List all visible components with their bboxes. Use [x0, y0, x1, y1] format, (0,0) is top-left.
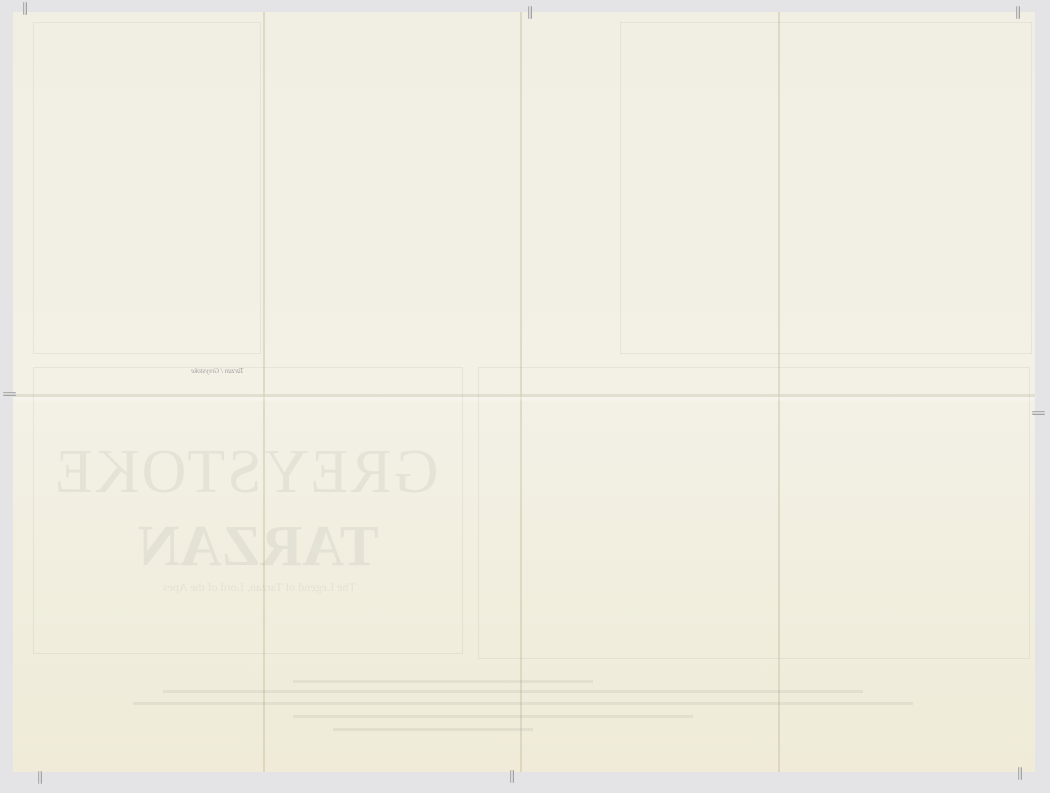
show-through-credits: [293, 680, 593, 683]
show-through-credits: [163, 690, 863, 693]
handwritten-note: Tarzan / Greystoke: [191, 367, 244, 375]
pin: [3, 392, 16, 396]
show-through-panel: [478, 367, 1030, 659]
pin: [1032, 411, 1045, 415]
pin: [510, 770, 514, 783]
show-through-panel: [620, 22, 1032, 354]
show-through-subtitle: TARZAN: [138, 512, 379, 579]
show-through-panel: [33, 22, 261, 354]
poster-back: GREYSTOKE TARZAN The Legend of Tarzan, L…: [13, 12, 1035, 772]
show-through-title: GREYSTOKE: [53, 437, 438, 508]
pin: [1016, 6, 1020, 19]
show-through-credits: [333, 728, 533, 731]
pin: [38, 771, 42, 784]
pin: [23, 2, 27, 15]
pin: [1018, 767, 1022, 780]
show-through-panel: [33, 367, 463, 654]
pin: [528, 6, 532, 19]
show-through-credits: [133, 702, 913, 705]
show-through-tagline: The Legend of Tarzan, Lord of the Apes: [163, 580, 356, 595]
show-through-credits: [293, 715, 693, 718]
